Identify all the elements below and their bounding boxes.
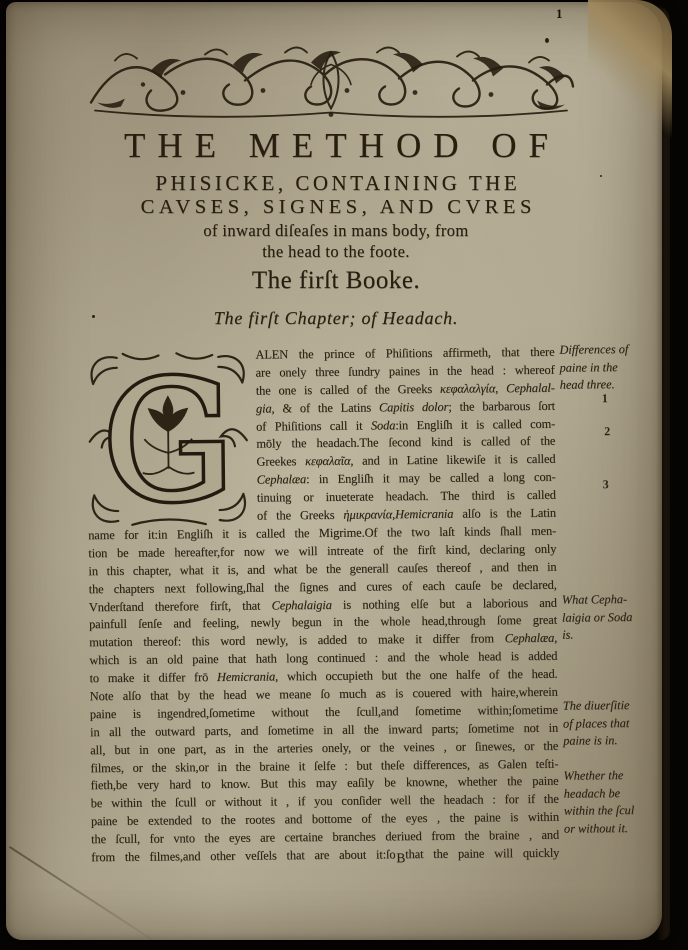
margin-number: 2	[604, 424, 610, 439]
margin-note-line: Whether the	[563, 767, 667, 786]
drop-cap-initial-g: G	[81, 349, 255, 530]
margin-note-line: What Cepha-	[562, 591, 666, 610]
margin-note: What Cepha- laigia or Soda is.	[562, 591, 667, 645]
margin-note: The diuerſitie of places that paine is i…	[563, 697, 668, 751]
margin-note-line: or without it.	[564, 819, 668, 838]
signature-mark: B	[396, 850, 405, 866]
body-text-block: G ALEN the prince of Phiſitions affirmet…	[0, 0, 688, 950]
body-line: from the filmes,and other veſſels that a…	[91, 845, 559, 867]
margin-note-line: within the ſcul	[564, 802, 668, 821]
margin-note-line: Differences of	[559, 341, 663, 360]
margin-note-line: of places that	[563, 714, 667, 733]
margin-note-line: paine in the	[560, 358, 664, 377]
margin-note-line: headach be	[564, 784, 668, 803]
paragraph-indented-column: ALEN the prince of Phiſitions affirmeth,…	[255, 344, 556, 526]
body-line: gia, & of the Latins Capitis dolor; the …	[256, 397, 555, 418]
margin-number: 1	[602, 391, 608, 406]
margin-note: Whether the headach be within the ſcul o…	[563, 767, 668, 838]
margin-note-line: laigia or Soda	[562, 608, 666, 627]
margin-note-line: is.	[562, 626, 666, 645]
margin-note-line: The diuerſitie	[563, 697, 667, 716]
margin-note-line: paine is in.	[563, 732, 667, 751]
margin-note: Differences of paine in the head three.	[559, 341, 664, 395]
scanned-book-page: 1	[0, 0, 688, 950]
paragraph-full-column: name for it:in Engliſh it is called the …	[88, 523, 559, 867]
margin-number: 3	[603, 477, 609, 492]
margin-note-line: head three.	[560, 376, 664, 395]
